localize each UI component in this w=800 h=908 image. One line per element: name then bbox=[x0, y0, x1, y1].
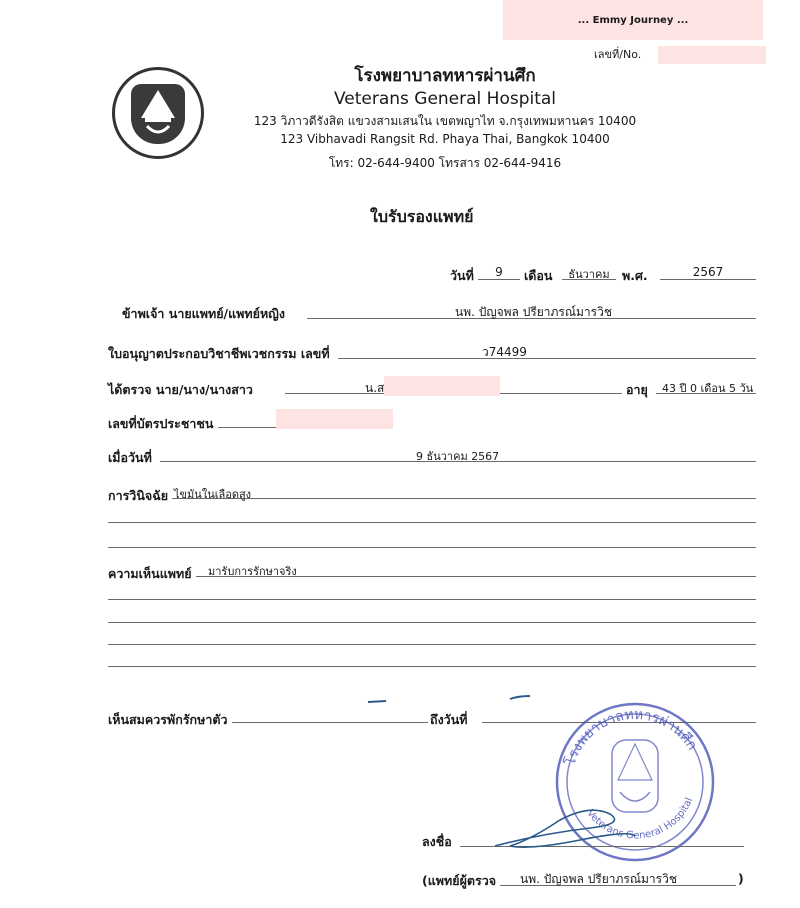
address-th: 123 วิภาวดีรังสิต แขวงสามเสนใน เขตพญาไท … bbox=[220, 112, 670, 131]
diagnosis-label: การวินิจฉัย bbox=[108, 486, 168, 506]
hospital-name-en: Veterans General Hospital bbox=[230, 89, 660, 109]
doc-number-redacted bbox=[658, 46, 766, 64]
license-label: ใบอนุญาตประกอบวิชาชีพเวชกรรม เลขที่ bbox=[108, 344, 330, 364]
doctor-label: ข้าพเจ้า นายแพทย์/แพทย์หญิง bbox=[122, 304, 285, 324]
examiner-label: (แพทย์ผู้ตรวจ bbox=[422, 871, 496, 891]
citizen-id-redacted bbox=[276, 409, 393, 429]
date-year-label: พ.ศ. bbox=[622, 266, 648, 286]
age-value: 43 ปี 0 เดือน 5 วัน bbox=[662, 379, 753, 397]
examiner-close: ) bbox=[738, 871, 744, 886]
license-value: ว74499 bbox=[482, 343, 527, 362]
rest-label: เห็นสมควรพักรักษาตัว bbox=[108, 710, 228, 730]
ink-mark bbox=[360, 694, 540, 706]
signature-label: ลงชื่อ bbox=[422, 832, 452, 852]
date-day-label: วันที่ bbox=[450, 266, 474, 286]
date-year-value: 2567 bbox=[660, 265, 756, 279]
examiner-value: นพ. ปัญจพล ปรียาภรณ์มารวิช bbox=[520, 870, 677, 889]
doc-number-label: เลขที่/No. bbox=[594, 45, 641, 63]
rest-until-label: ถึงวันที่ bbox=[430, 710, 467, 730]
patient-label: ได้ตรวจ นาย/นาง/นางสาว bbox=[108, 380, 253, 400]
patient-prefix: น.ส bbox=[365, 379, 384, 398]
date-month-value: ธันวาคม bbox=[562, 265, 616, 283]
date-day-value: 9 bbox=[478, 265, 520, 279]
patient-name-redacted bbox=[384, 376, 500, 396]
svg-text:โรงพยาบาลทหารผ่านศึก: โรงพยาบาลทหารผ่านศึก bbox=[561, 707, 700, 768]
opinion-label: ความเห็นแพทย์ bbox=[108, 564, 192, 584]
brand-watermark: ... Emmy Journey ... bbox=[503, 0, 763, 40]
opinion-value: มารับการรักษาจริง bbox=[208, 562, 297, 580]
doctor-value: นพ. ปัญจพล ปรียาภรณ์มารวิช bbox=[455, 303, 612, 322]
hospital-name-th: โรงพยาบาลทหารผ่านศึก bbox=[230, 62, 660, 89]
date-month-label: เดือน bbox=[524, 266, 552, 286]
address-en: 123 Vibhavadi Rangsit Rd. Phaya Thai, Ba… bbox=[220, 132, 670, 146]
exam-date-label: เมื่อวันที่ bbox=[108, 448, 152, 468]
signature-ink bbox=[490, 800, 640, 856]
hospital-logo-icon bbox=[112, 67, 204, 159]
age-label: อายุ bbox=[626, 380, 648, 400]
exam-date-value: 9 ธันวาคม 2567 bbox=[416, 447, 499, 465]
form-title: ใบรับรองแพทย์ bbox=[370, 205, 474, 230]
phone: โทร: 02-644-9400 โทรสาร 02-644-9416 bbox=[220, 154, 670, 173]
diagnosis-value: ไขมันในเลือดสูง bbox=[174, 485, 251, 503]
citizen-id-label: เลขที่บัตรประชาชน bbox=[108, 414, 213, 434]
